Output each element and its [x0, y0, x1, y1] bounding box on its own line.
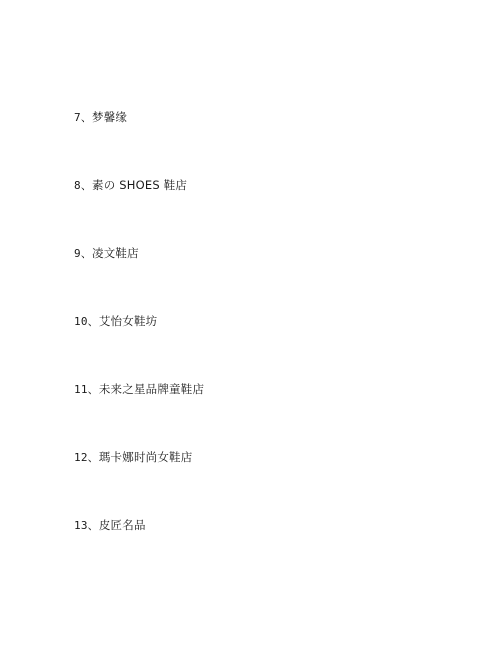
list-item: 11、未来之星品牌童鞋店 — [74, 381, 204, 449]
item-text: 素の SHOES 鞋店 — [92, 178, 187, 192]
item-text: 未来之星品牌童鞋店 — [99, 382, 204, 396]
item-number: 9、 — [74, 247, 92, 260]
list-item: 8、素の SHOES 鞋店 — [74, 177, 204, 245]
item-number: 10、 — [74, 315, 99, 328]
item-text: 皮匠名品 — [99, 518, 146, 532]
item-number: 11、 — [74, 383, 99, 396]
document-page: 7、梦馨缘 8、素の SHOES 鞋店 9、凌文鞋店 10、艾怡女鞋坊 11、未… — [0, 0, 500, 647]
item-number: 13、 — [74, 519, 99, 532]
list-item: 12、瑪卡娜时尚女鞋店 — [74, 449, 204, 517]
item-number: 8、 — [74, 179, 92, 192]
shop-name-list: 7、梦馨缘 8、素の SHOES 鞋店 9、凌文鞋店 10、艾怡女鞋坊 11、未… — [74, 109, 204, 585]
item-number: 12、 — [74, 451, 99, 464]
list-item: 10、艾怡女鞋坊 — [74, 313, 204, 381]
item-text: 艾怡女鞋坊 — [99, 314, 158, 328]
item-text: 瑪卡娜时尚女鞋店 — [99, 450, 193, 464]
item-text: 凌文鞋店 — [92, 246, 139, 260]
list-item: 9、凌文鞋店 — [74, 245, 204, 313]
item-number: 7、 — [74, 111, 92, 124]
list-item: 13、皮匠名品 — [74, 517, 204, 585]
item-text: 梦馨缘 — [92, 110, 127, 124]
list-item: 7、梦馨缘 — [74, 109, 204, 177]
